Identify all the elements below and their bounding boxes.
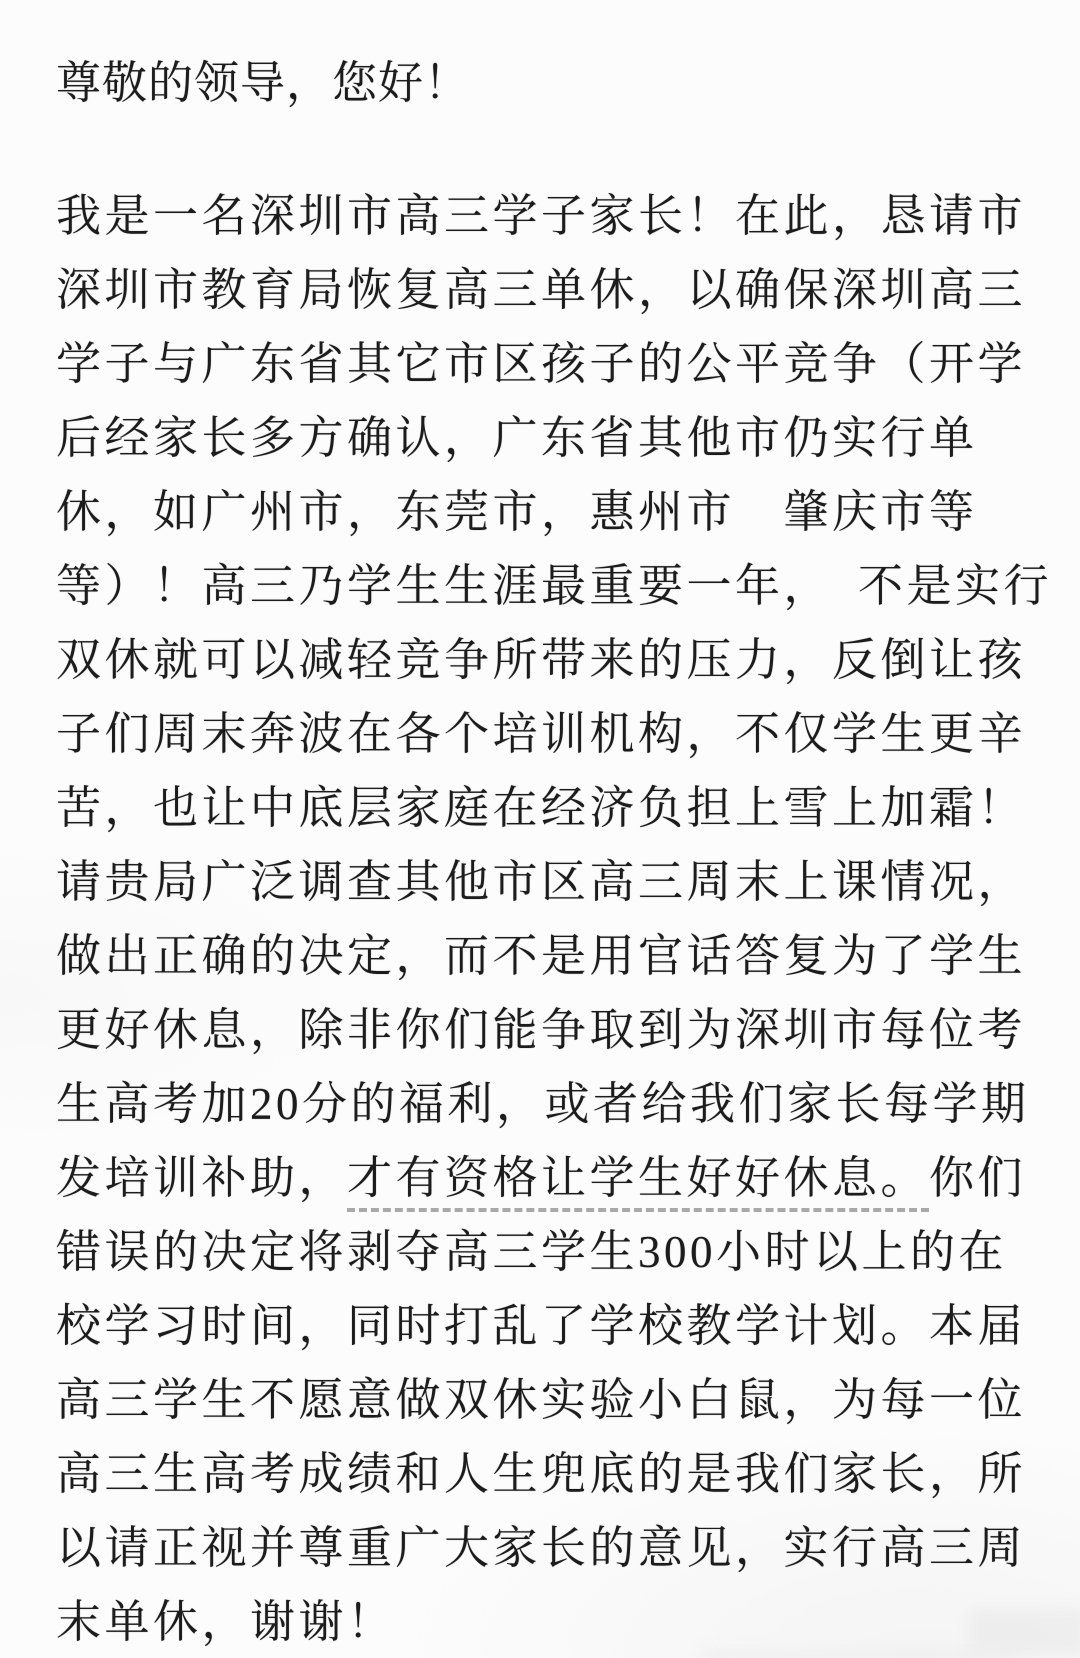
letter-line: 深圳市教育局恢复高三单休，以确保深圳高三 <box>56 253 1040 327</box>
letter-line: 错误的决定将剥夺高三学生300小时以上的在 <box>56 1215 1040 1289</box>
letter-line: 做出正确的决定，而不是用官话答复为了学生 <box>56 919 1040 993</box>
watermark-smudge <box>968 1608 1080 1656</box>
line-post-text: 你们 <box>929 1153 1026 1203</box>
letter-line: 等）！高三乃学生生涯最重要一年， 不是实行 <box>56 549 1040 623</box>
letter-line: 学子与广东省其它市区孩子的公平竞争（开学 <box>56 327 1040 401</box>
letter-paragraph: 我是一名深圳市高三学子家长！在此，恳请市 深圳市教育局恢复高三单休，以确保深圳高… <box>56 179 1040 1658</box>
letter-line: 我是一名深圳市高三学子家长！在此，恳请市 <box>56 179 1040 253</box>
letter-line: 子们周末奔波在各个培训机构，不仅学生更辛 <box>56 697 1040 771</box>
letter-line: 高三生高考成绩和人生兜底的是我们家长，所 <box>56 1437 1040 1511</box>
watermark-smudge <box>700 1650 1020 1658</box>
letter-line: 请贵局广泛调查其他市区高三周末上课情况， <box>56 845 1040 919</box>
letter-body: 尊敬的领导，您好！ 我是一名深圳市高三学子家长！在此，恳请市 深圳市教育局恢复高… <box>0 0 1080 1658</box>
letter-line: 更好休息，除非你们能争取到为深圳市每位考 <box>56 993 1040 1067</box>
letter-line: 校学习时间，同时打乱了学校教学计划。本届 <box>56 1289 1040 1363</box>
letter-line: 后经家长多方确认，广东省其他市仍实行单 <box>56 401 1040 475</box>
letter-line: 生高考加20分的福利，或者给我们家长每学期 <box>56 1067 1040 1141</box>
line-pre-text: 发培训补助， <box>56 1153 347 1203</box>
letter-line: 休，如广州市，东莞市，惠州市 肇庆市等 <box>56 475 1040 549</box>
letter-line: 双休就可以减轻竞争所带来的压力，反倒让孩 <box>56 623 1040 697</box>
letter-line: 以请正视并尊重广大家长的意见，实行高三周 <box>56 1511 1040 1585</box>
underlined-phrase: 才有资格让学生好好休息。 <box>347 1153 929 1212</box>
letter-salutation: 尊敬的领导，您好！ <box>56 46 1040 120</box>
letter-line: 高三学生不愿意做双休实验小白鼠，为每一位 <box>56 1363 1040 1437</box>
letter-line: 苦，也让中底层家庭在经济负担上雪上加霜！ <box>56 771 1040 845</box>
letter-document: 尊敬的领导，您好！ 我是一名深圳市高三学子家长！在此，恳请市 深圳市教育局恢复高… <box>0 0 1080 1658</box>
letter-line: 末单休，谢谢！ <box>56 1585 1040 1658</box>
letter-line-with-underline: 发培训补助，才有资格让学生好好休息。你们 <box>56 1141 1040 1215</box>
